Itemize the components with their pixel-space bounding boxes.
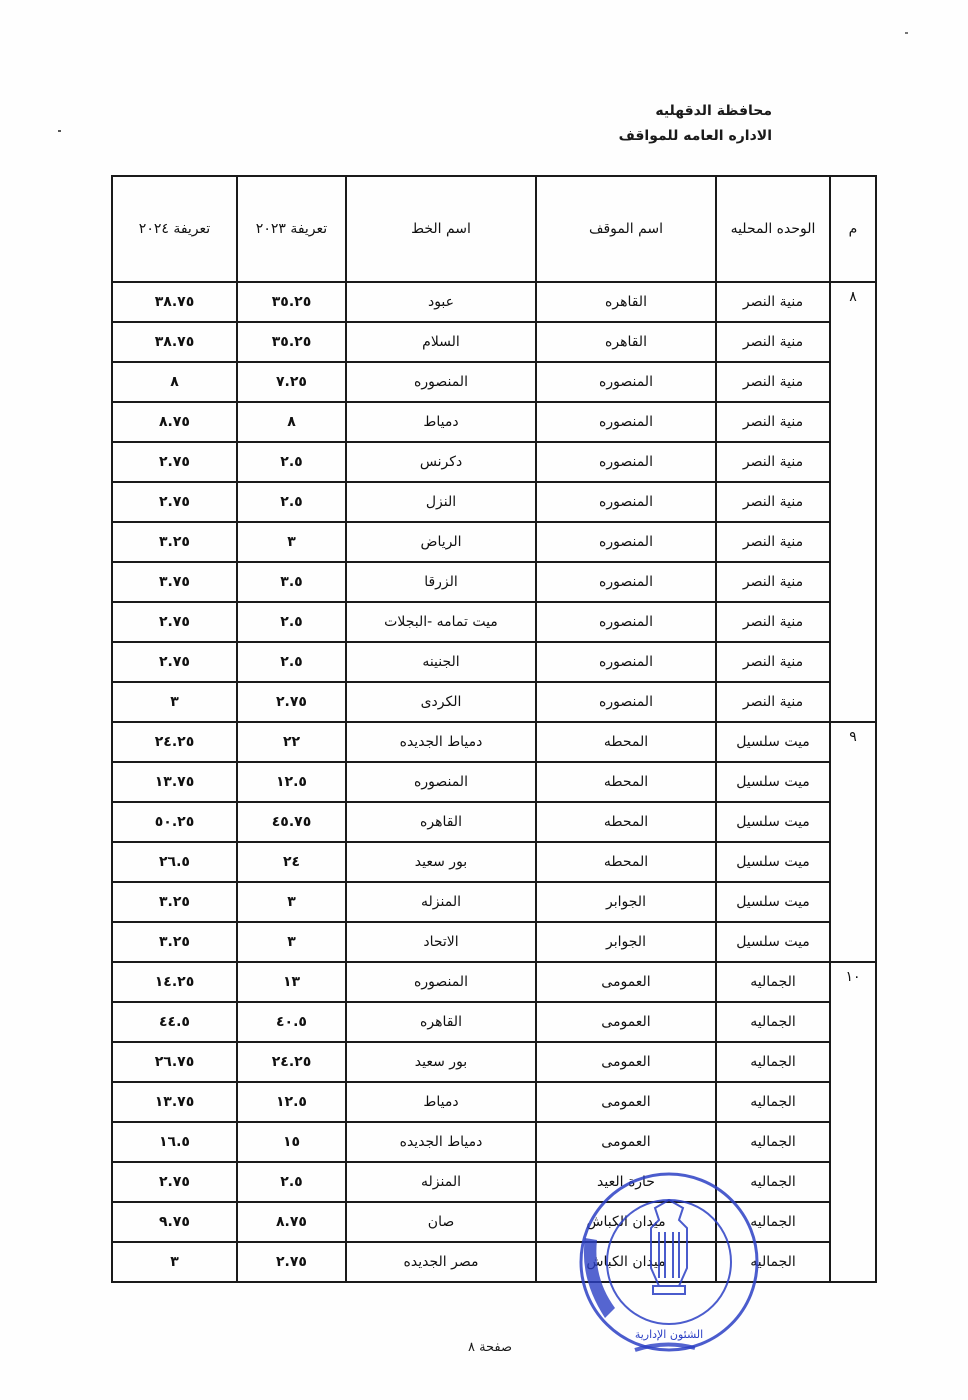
cell-fare-2023: ٢.٥ [237,482,346,522]
row-group-index: ١٠ [830,962,876,1282]
cell-station: المنصوره [536,442,716,482]
cell-local-unit: منية النصر [716,482,830,522]
cell-line: دمياط الجديده [346,722,536,762]
cell-fare-2024: ١٣.٧٥ [112,1082,237,1122]
cell-line: المنزله [346,882,536,922]
cell-fare-2024: ٤٤.٥ [112,1002,237,1042]
department-title: الاداره العامه للمواقف [619,128,772,144]
cell-fare-2024: ٢٤.٢٥ [112,722,237,762]
cell-line: دكرنس [346,442,536,482]
cell-line: المنصوره [346,362,536,402]
cell-line: الزرقا [346,562,536,602]
cell-local-unit: منية النصر [716,682,830,722]
cell-station: المنصوره [536,522,716,562]
cell-fare-2023: ٢٤ [237,842,346,882]
row-group-index: ٨ [830,282,876,722]
cell-line: صان [346,1202,536,1242]
cell-local-unit: ميت سلسيل [716,762,830,802]
col-header-station: اسم الموقف [536,176,716,282]
cell-fare-2023: ٣ [237,882,346,922]
row-group-index: ٩ [830,722,876,962]
col-header-fare-2024: تعريفة ٢٠٢٤ [112,176,237,282]
table-row: منية النصرالمنصورهميت تمامه -البجلات٢.٥٢… [112,602,876,642]
table-row: منية النصرالقاهرهالسلام٣٥.٢٥٣٨.٧٥ [112,322,876,362]
cell-local-unit: الجماليه [716,1202,830,1242]
cell-line: عبود [346,282,536,322]
cell-fare-2023: ١٢.٥ [237,1082,346,1122]
cell-line: مصر الجديده [346,1242,536,1282]
cell-station: المنصوره [536,642,716,682]
table-row: منية النصرالمنصورهالجنينه٢.٥٢.٧٥ [112,642,876,682]
cell-fare-2024: ٣.٢٥ [112,922,237,962]
cell-local-unit: الجماليه [716,1242,830,1282]
cell-local-unit: ميت سلسيل [716,842,830,882]
table-row: منية النصرالمنصورهالمنصوره٧.٢٥٨ [112,362,876,402]
cell-station: العمومى [536,1122,716,1162]
cell-fare-2023: ٧.٢٥ [237,362,346,402]
cell-line: النزل [346,482,536,522]
cell-station: الجوابر [536,882,716,922]
cell-local-unit: ميت سلسيل [716,802,830,842]
cell-station: المحطه [536,722,716,762]
table-row: ٨منية النصرالقاهرهعبود٣٥.٢٥٣٨.٧٥ [112,282,876,322]
table-row: الجماليهالعمومىبور سعيد٢٤.٢٥٢٦.٧٥ [112,1042,876,1082]
cell-fare-2024: ٣.٢٥ [112,882,237,922]
cell-station: الجوابر [536,922,716,962]
cell-fare-2023: ٢.٧٥ [237,1242,346,1282]
cell-fare-2024: ٣ [112,1242,237,1282]
cell-fare-2024: ٢.٧٥ [112,442,237,482]
cell-fare-2023: ٨.٧٥ [237,1202,346,1242]
col-header-local-unit: الوحده المحليه [716,176,830,282]
cell-local-unit: الجماليه [716,1122,830,1162]
cell-station: المنصوره [536,482,716,522]
table-row: ٩ميت سلسيلالمحطهدمياط الجديده٢٢٢٤.٢٥ [112,722,876,762]
cell-fare-2023: ١٥ [237,1122,346,1162]
cell-local-unit: الجماليه [716,962,830,1002]
cell-fare-2024: ٣٨.٧٥ [112,282,237,322]
cell-line: ميت تمامه -البجلات [346,602,536,642]
cell-fare-2024: ٨.٧٥ [112,402,237,442]
cell-fare-2023: ٢٢ [237,722,346,762]
cell-line: بور سعيد [346,842,536,882]
table-row: ميت سلسيلالجوابرالمنزله٣٣.٢٥ [112,882,876,922]
cell-station: القاهره [536,322,716,362]
cell-fare-2024: ٢.٧٥ [112,602,237,642]
cell-station: القاهره [536,282,716,322]
table-row: ١٠الجماليهالعمومىالمنصوره١٣١٤.٢٥ [112,962,876,1002]
cell-station: المحطه [536,762,716,802]
cell-fare-2024: ١٦.٥ [112,1122,237,1162]
governorate-title: محافظة الدقهليه [655,103,772,119]
cell-fare-2023: ٣.٥ [237,562,346,602]
cell-fare-2023: ٣ [237,522,346,562]
cell-station: المنصوره [536,562,716,602]
cell-station: العمومى [536,1082,716,1122]
cell-local-unit: الجماليه [716,1042,830,1082]
cell-local-unit: منية النصر [716,602,830,642]
table-row: منية النصرالمنصورهدمياط٨٨.٧٥ [112,402,876,442]
fares-table: م الوحده المحليه اسم الموقف اسم الخط تعر… [111,175,877,1283]
cell-fare-2024: ٣٨.٧٥ [112,322,237,362]
cell-fare-2024: ٢٦.٥ [112,842,237,882]
cell-fare-2023: ٢٤.٢٥ [237,1042,346,1082]
cell-fare-2024: ٢.٧٥ [112,1162,237,1202]
cell-line: دمياط [346,1082,536,1122]
table-row: الجماليهميدان الكباشصان٨.٧٥٩.٧٥ [112,1202,876,1242]
table-row: منية النصرالمنصورهالرياض٣٣.٢٥ [112,522,876,562]
table-header-row: م الوحده المحليه اسم الموقف اسم الخط تعر… [112,176,876,282]
cell-fare-2023: ٢.٥ [237,642,346,682]
cell-fare-2023: ٢.٥ [237,442,346,482]
cell-fare-2023: ٤٥.٧٥ [237,802,346,842]
cell-station: المحطه [536,802,716,842]
cell-local-unit: منية النصر [716,522,830,562]
cell-local-unit: الجماليه [716,1162,830,1202]
table-row: ميت سلسيلالمحطهالمنصوره١٢.٥١٣.٧٥ [112,762,876,802]
table-row: الجماليهالعمومىدمياط١٢.٥١٣.٧٥ [112,1082,876,1122]
cell-station: العمومى [536,1002,716,1042]
page-number: صفحة ٨ [440,1340,540,1355]
cell-fare-2023: ٣٥.٢٥ [237,322,346,362]
cell-local-unit: ميت سلسيل [716,722,830,762]
cell-station: ميدان الكباش [536,1202,716,1242]
cell-fare-2024: ٢.٧٥ [112,642,237,682]
cell-local-unit: ميت سلسيل [716,922,830,962]
cell-fare-2023: ١٢.٥ [237,762,346,802]
col-header-index: م [830,176,876,282]
cell-line: الكردى [346,682,536,722]
table-row: ميت سلسيلالمحطهبور سعيد٢٤٢٦.٥ [112,842,876,882]
scan-speck [58,130,61,132]
col-header-line: اسم الخط [346,176,536,282]
cell-line: المنصوره [346,962,536,1002]
cell-local-unit: الجماليه [716,1082,830,1122]
table-row: الجماليهحارة العيدالمنزله٢.٥٢.٧٥ [112,1162,876,1202]
cell-station: حارة العيد [536,1162,716,1202]
cell-fare-2024: ٢.٧٥ [112,482,237,522]
cell-fare-2024: ٣.٧٥ [112,562,237,602]
cell-line: الرياض [346,522,536,562]
cell-line: الاتحاد [346,922,536,962]
cell-fare-2023: ١٣ [237,962,346,1002]
cell-fare-2023: ٢.٥ [237,1162,346,1202]
cell-fare-2023: ٨ [237,402,346,442]
cell-station: ميدان الكباش [536,1242,716,1282]
table-row: ميت سلسيلالجوابرالاتحاد٣٣.٢٥ [112,922,876,962]
cell-fare-2024: ١٣.٧٥ [112,762,237,802]
cell-line: دمياط الجديده [346,1122,536,1162]
cell-fare-2024: ١٤.٢٥ [112,962,237,1002]
table-row: منية النصرالمنصورهالزرقا٣.٥٣.٧٥ [112,562,876,602]
cell-local-unit: منية النصر [716,402,830,442]
cell-station: المنصوره [536,602,716,642]
cell-fare-2023: ٣ [237,922,346,962]
cell-line: بور سعيد [346,1042,536,1082]
cell-fare-2024: ٢٦.٧٥ [112,1042,237,1082]
table-row: ميت سلسيلالمحطهالقاهره٤٥.٧٥٥٠.٢٥ [112,802,876,842]
cell-line: القاهره [346,802,536,842]
cell-fare-2024: ٩.٧٥ [112,1202,237,1242]
cell-station: العمومى [536,1042,716,1082]
table-row: منية النصرالمنصورهالنزل٢.٥٢.٧٥ [112,482,876,522]
cell-line: القاهره [346,1002,536,1042]
cell-fare-2023: ٢.٥ [237,602,346,642]
cell-line: المنصوره [346,762,536,802]
cell-fare-2023: ٤٠.٥ [237,1002,346,1042]
cell-fare-2023: ٣٥.٢٥ [237,282,346,322]
cell-local-unit: ميت سلسيل [716,882,830,922]
cell-line: دمياط [346,402,536,442]
col-header-fare-2023: تعريفة ٢٠٢٣ [237,176,346,282]
cell-local-unit: منية النصر [716,642,830,682]
svg-text:الشئون الإدارية: الشئون الإدارية [635,1328,703,1341]
cell-station: المنصوره [536,362,716,402]
cell-local-unit: منية النصر [716,442,830,482]
table-row: منية النصرالمنصورهدكرنس٢.٥٢.٧٥ [112,442,876,482]
cell-fare-2024: ٣.٢٥ [112,522,237,562]
cell-local-unit: منية النصر [716,282,830,322]
table-row: الجماليهالعمومىالقاهره٤٠.٥٤٤.٥ [112,1002,876,1042]
cell-station: المنصوره [536,682,716,722]
document-page: محافظة الدقهليه الاداره العامه للمواقف م… [0,0,968,1400]
cell-station: المنصوره [536,402,716,442]
cell-local-unit: منية النصر [716,362,830,402]
cell-line: المنزله [346,1162,536,1202]
table-row: الجماليهالعمومىدمياط الجديده١٥١٦.٥ [112,1122,876,1162]
table-row: الجماليهميدان الكباشمصر الجديده٢.٧٥٣ [112,1242,876,1282]
cell-line: السلام [346,322,536,362]
cell-fare-2023: ٢.٧٥ [237,682,346,722]
table-row: منية النصرالمنصورهالكردى٢.٧٥٣ [112,682,876,722]
cell-station: العمومى [536,962,716,1002]
cell-line: الجنينه [346,642,536,682]
cell-fare-2024: ٨ [112,362,237,402]
cell-local-unit: منية النصر [716,562,830,602]
cell-local-unit: منية النصر [716,322,830,362]
scan-speck [905,32,908,34]
cell-station: المحطه [536,842,716,882]
cell-fare-2024: ٥٠.٢٥ [112,802,237,842]
cell-fare-2024: ٣ [112,682,237,722]
cell-local-unit: الجماليه [716,1002,830,1042]
